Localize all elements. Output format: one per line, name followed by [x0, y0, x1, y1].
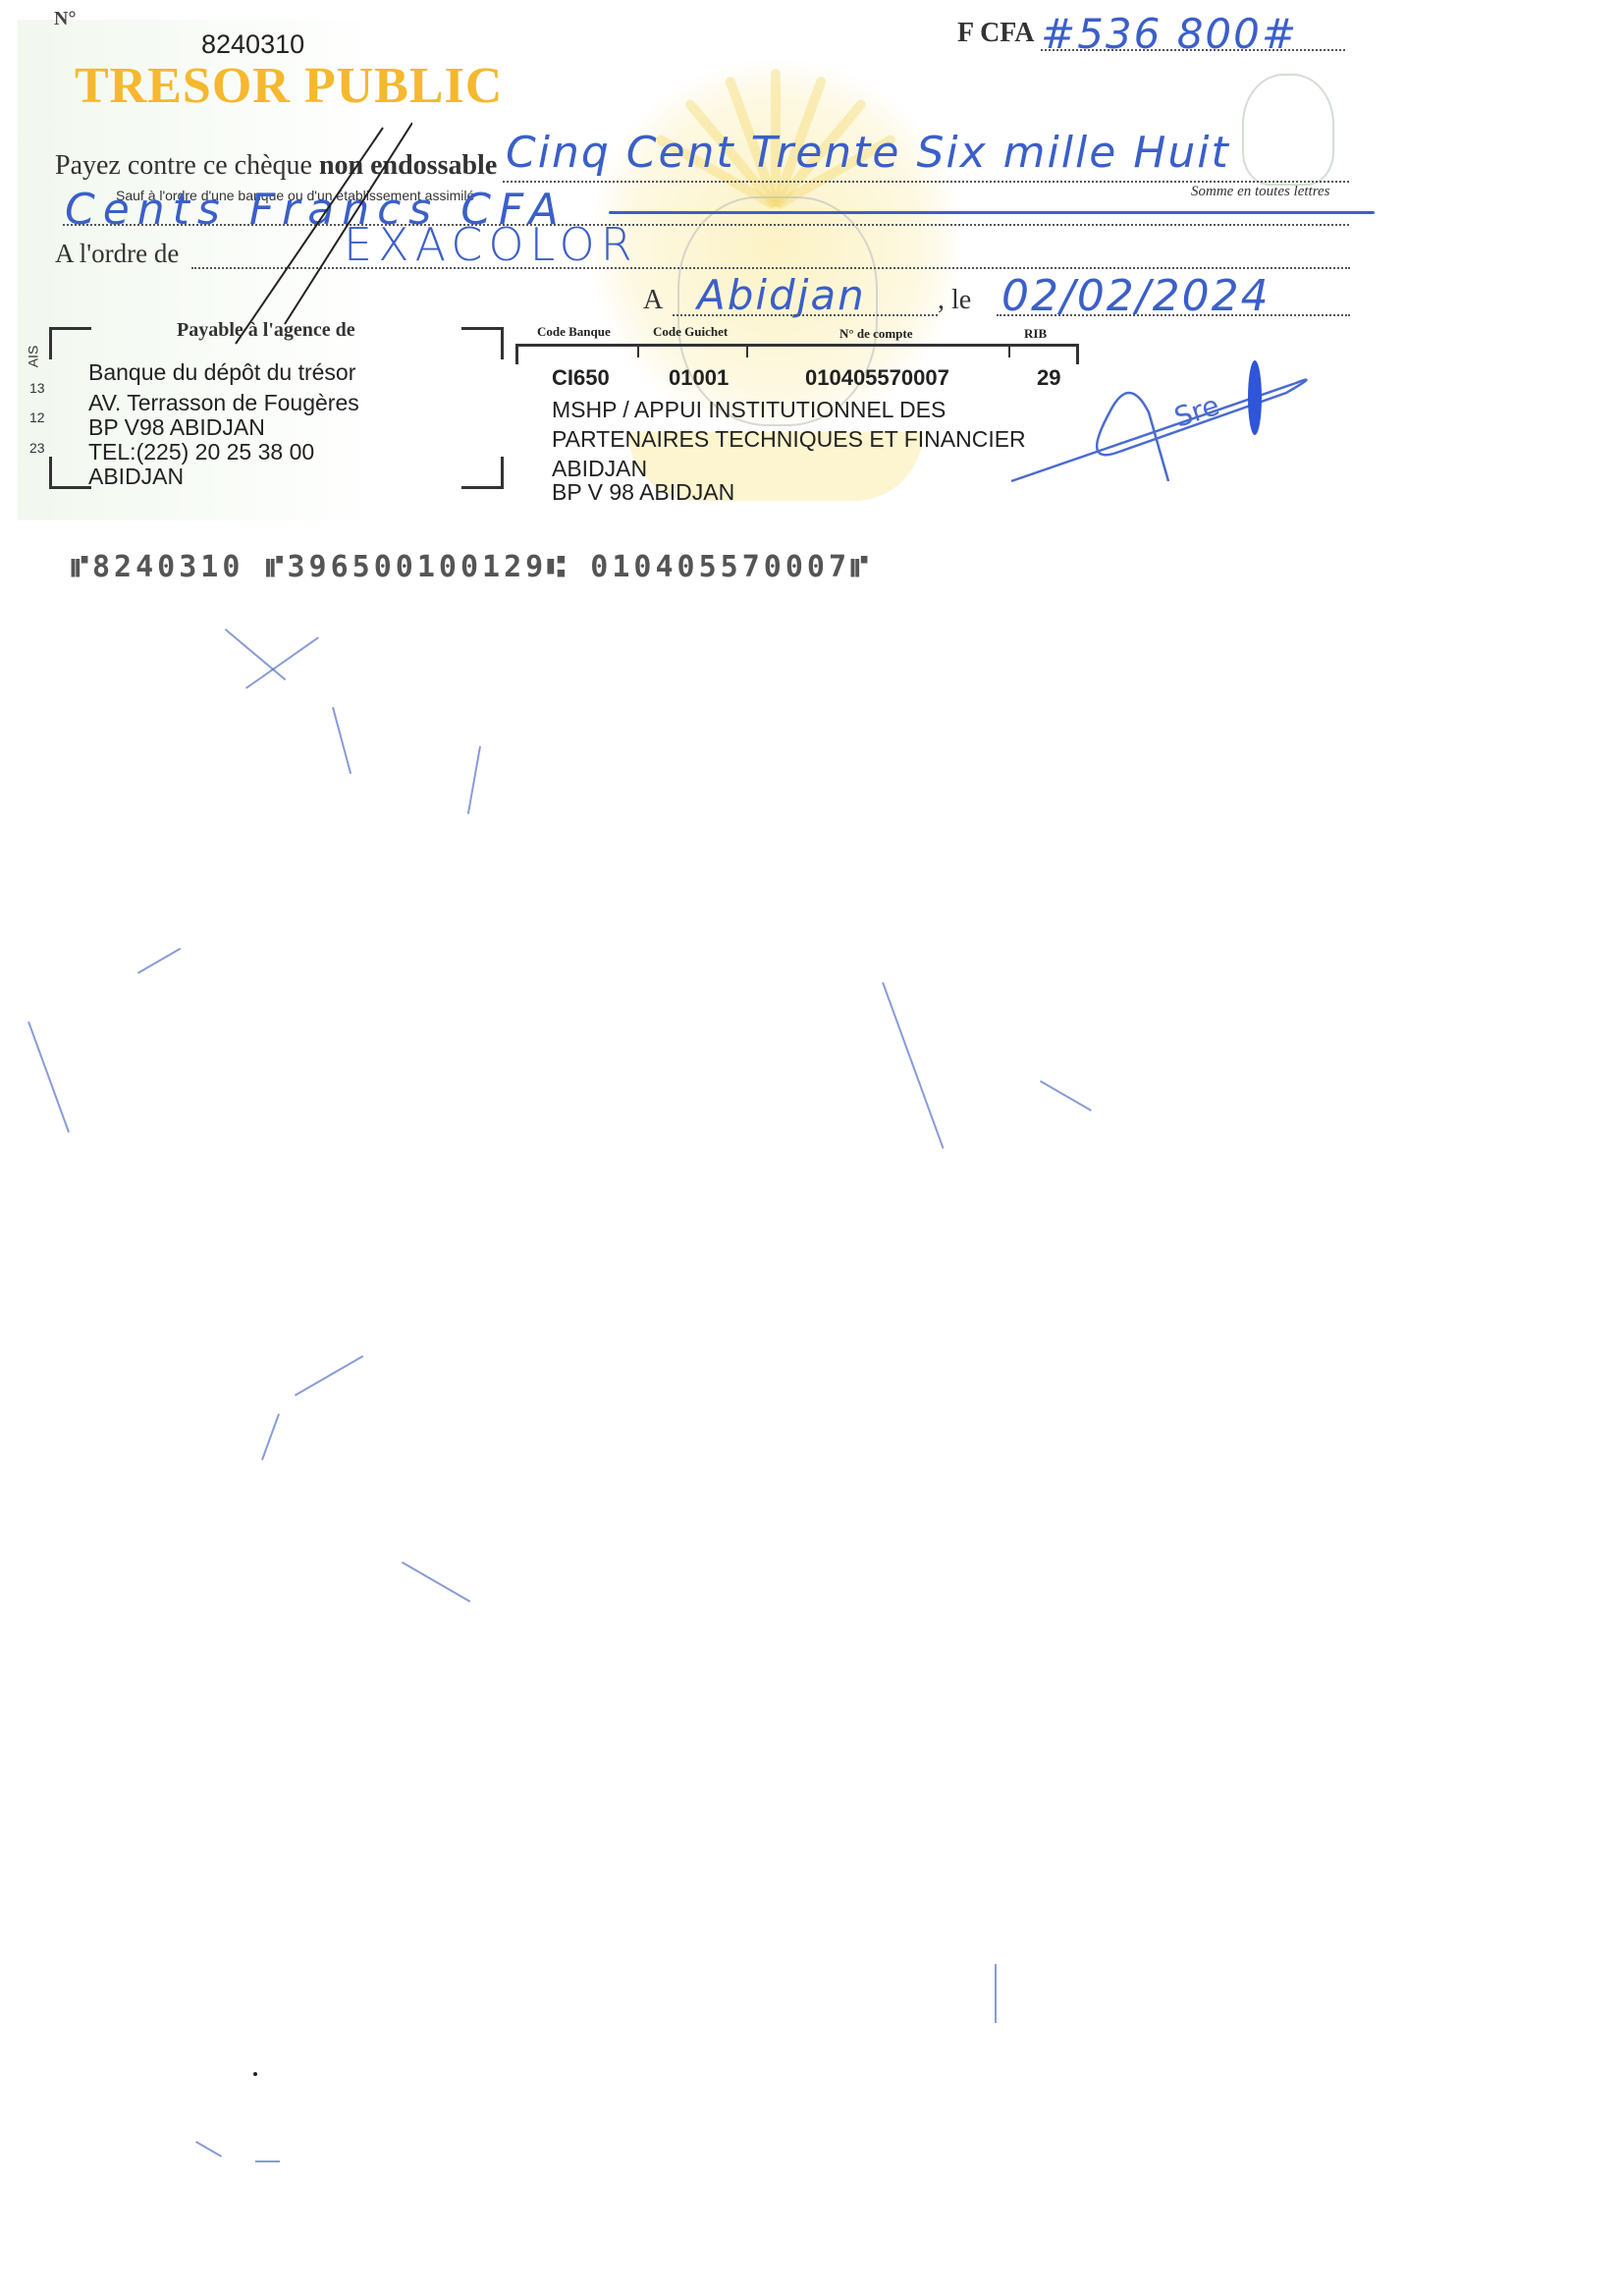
place-value: Abidjan [697, 271, 866, 319]
account-holder: MSHP / APPUI INSTITUTIONNEL DES PARTENAI… [552, 395, 1026, 507]
agency-side-code-1: 13 [29, 380, 45, 396]
agency-line: BP V98 ABIDJAN [88, 415, 359, 440]
check-number-label: N° [54, 8, 76, 30]
amount-words-line1-rule [503, 181, 1349, 183]
header-code-guichet: Code Guichet [653, 324, 728, 340]
header-rib: RIB [1024, 326, 1047, 342]
agency-line: TEL:(225) 20 25 38 00 [88, 440, 359, 465]
value-account-number: 010405570007 [805, 365, 949, 391]
agency-side-code-3: 23 [29, 440, 45, 456]
amount-currency-label: F CFA [957, 18, 1035, 49]
agency-side-code-0: AIS [25, 346, 40, 368]
header-code-banque: Code Banque [537, 324, 611, 340]
holder-line: BP V 98 ABIDJAN [552, 477, 1026, 507]
header-account-number: N° de compte [839, 326, 913, 342]
serial-number: 8240310 [201, 29, 304, 60]
holder-line: MSHP / APPUI INSTITUTIONNEL DES [552, 395, 1026, 424]
date-label: , le [938, 285, 971, 316]
holder-line: PARTENAIRES TECHNIQUES ET FINANCIER [552, 424, 1026, 454]
issuer-title: TRESOR PUBLIC [75, 57, 503, 115]
agency-bracket-tr [461, 327, 504, 359]
amount-words-caption: Somme en toutes lettres [1191, 184, 1330, 200]
agency-bracket-bl [49, 457, 91, 489]
amount-words-strike [609, 211, 1375, 214]
portrait-watermark-icon [1242, 74, 1334, 186]
agency-bracket-br [461, 457, 504, 489]
value-code-banque: CI650 [552, 365, 610, 391]
date-line [997, 314, 1350, 316]
crossing-lines-icon [196, 118, 412, 354]
agency-line: Banque du dépôt du trésor [88, 360, 359, 385]
place-line [673, 314, 938, 316]
agency-line: ABIDJAN [88, 465, 359, 489]
account-header-rule [515, 344, 1079, 364]
amount-figures-line [1041, 49, 1345, 51]
agency-line: AV. Terrasson de Fougères [88, 391, 359, 415]
agency-address: Banque du dépôt du trésor AV. Terrasson … [88, 360, 359, 489]
signature-icon: Sre [1001, 354, 1316, 491]
svg-text:Sre: Sre [1170, 389, 1223, 434]
value-code-guichet: 01001 [669, 365, 729, 391]
place-label: A [643, 285, 663, 316]
amount-words-line1: Cinq Cent Trente Six mille Huit [506, 128, 1230, 178]
micr-line: ⑈8240310 ⑈396500100129⑆ 010405570007⑈ [71, 550, 872, 584]
agency-heading: Payable à l'agence de [177, 319, 355, 342]
agency-bracket-tl [49, 327, 91, 359]
payee-label: A l'ordre de [55, 239, 179, 269]
agency-side-code-2: 12 [29, 410, 45, 425]
